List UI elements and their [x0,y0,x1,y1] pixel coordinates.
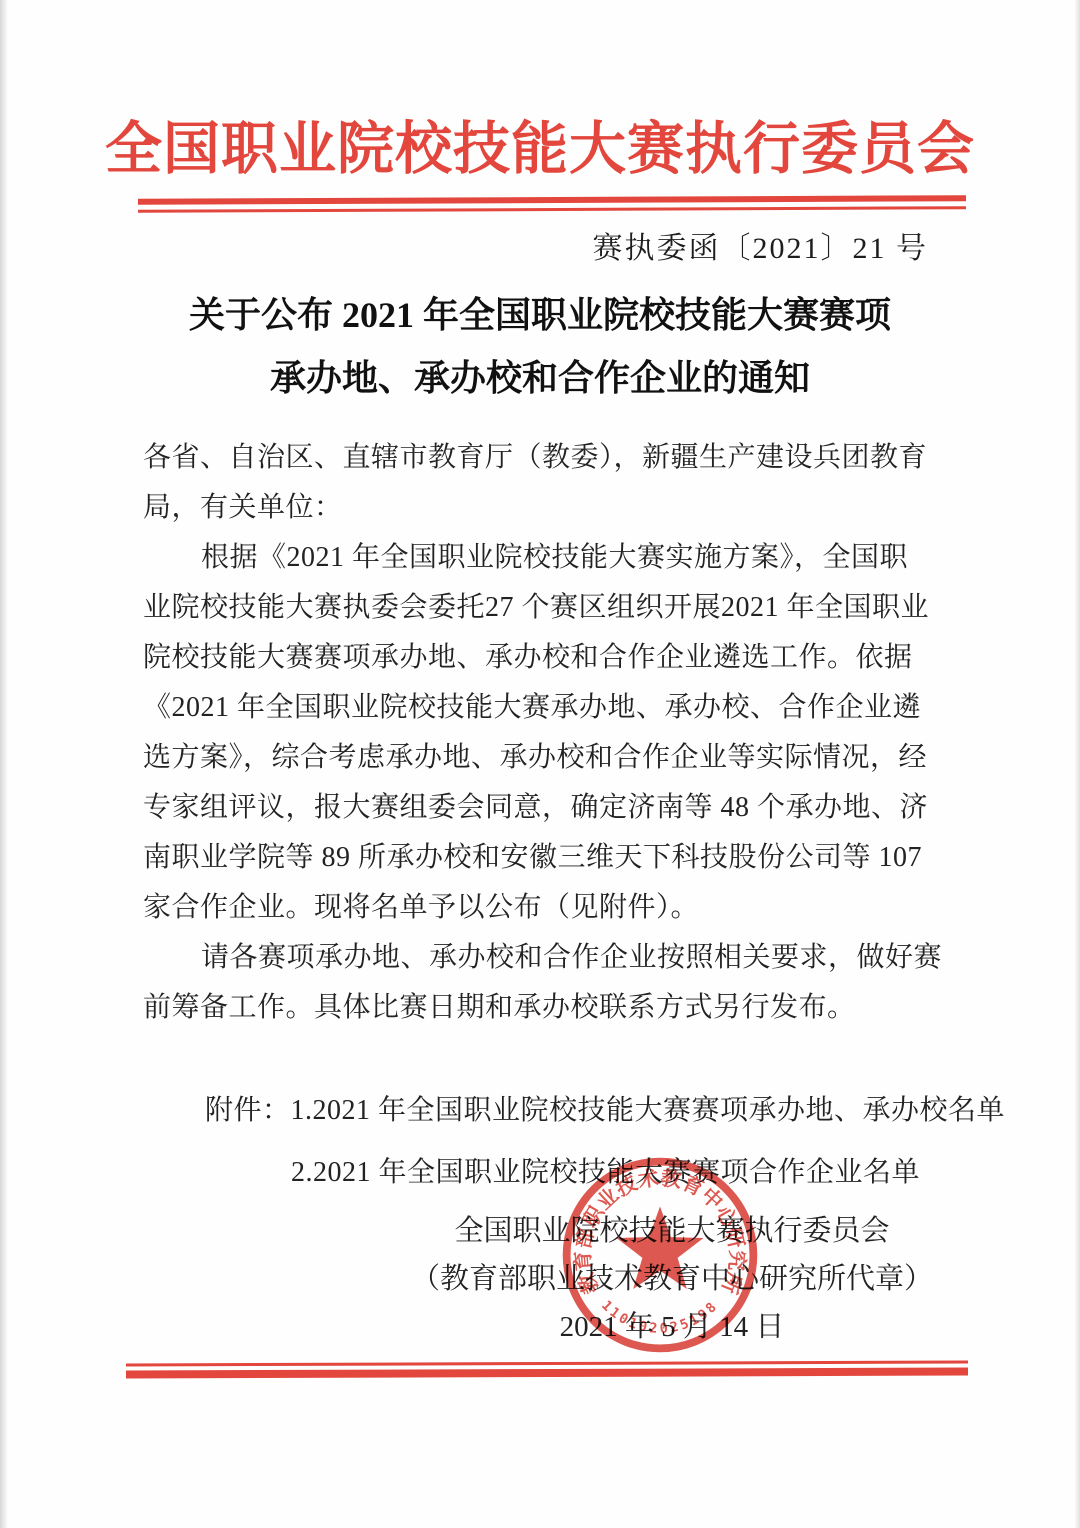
letterhead-rule-thick [138,195,966,205]
body-line: 前筹备工作。具体比赛日期和承办校联系方式另行发布。 [143,983,943,1033]
footer-rule-thick [126,1368,968,1379]
letterhead-divider [138,197,966,211]
body-line: 根据《2021 年全国职业院校技能大赛实施方案》，全国职 [143,533,943,583]
body-line: 《2021 年全国职业院校技能大赛承办地、承办校、合作企业遴 [143,683,943,733]
notice-title-line1: 关于公布 2021 年全国职业院校技能大赛赛项 [0,284,1080,347]
seal-serial-number: 110102025198 [598,1298,722,1337]
official-document-page: 全国职业院校技能大赛执行委员会 赛执委函〔2021〕21 号 关于公布 2021… [0,0,1080,1528]
official-red-seal: 教育部职业技术教育中心研究所 110102025198 [553,1148,767,1362]
notice-title-line2: 承办地、承办校和合作企业的通知 [0,347,1080,410]
body-line: 选方案》，综合考虑承办地、承办校和合作企业等实际情况，经 [143,733,943,783]
letterhead-org-title: 全国职业院校技能大赛执行委员会 [0,103,1080,185]
body-line: 局，有关单位： [143,483,943,533]
notice-title: 关于公布 2021 年全国职业院校技能大赛赛项 承办地、承办校和合作企业的通知 [0,284,1080,410]
body-line: 请各赛项承办地、承办校和合作企业按照相关要求，做好赛 [143,933,943,983]
body-line: 南职业学院等 89 所承办校和安徽三维天下科技股份公司等 107 [143,833,943,883]
body-line: 家合作企业。现将名单予以公布（见附件）。 [143,883,943,933]
attachment-item-1: 附件：1.2021 年全国职业院校技能大赛赛项承办地、承办校名单 [205,1080,1005,1142]
body-line: 各省、自治区、直辖市教育厅（教委），新疆生产建设兵团教育 [143,433,943,483]
body-line: 专家组评议，报大赛组委会同意，确定济南等 48 个承办地、济 [143,783,943,833]
star-icon [617,1206,704,1289]
document-reference-number: 赛执委函〔2021〕21 号 [593,223,929,267]
footer-rule-thin [126,1361,968,1367]
notice-body: 各省、自治区、直辖市教育厅（教委），新疆生产建设兵团教育 局，有关单位： 根据《… [143,433,943,1033]
letterhead-rule-thin [138,206,966,213]
body-line: 业院校技能大赛执委会委托27 个赛区组织开展2021 年全国职业 [143,583,943,633]
body-line: 院校技能大赛赛项承办地、承办校和合作企业遴选工作。依据 [143,633,943,683]
footer-divider [126,1362,968,1377]
